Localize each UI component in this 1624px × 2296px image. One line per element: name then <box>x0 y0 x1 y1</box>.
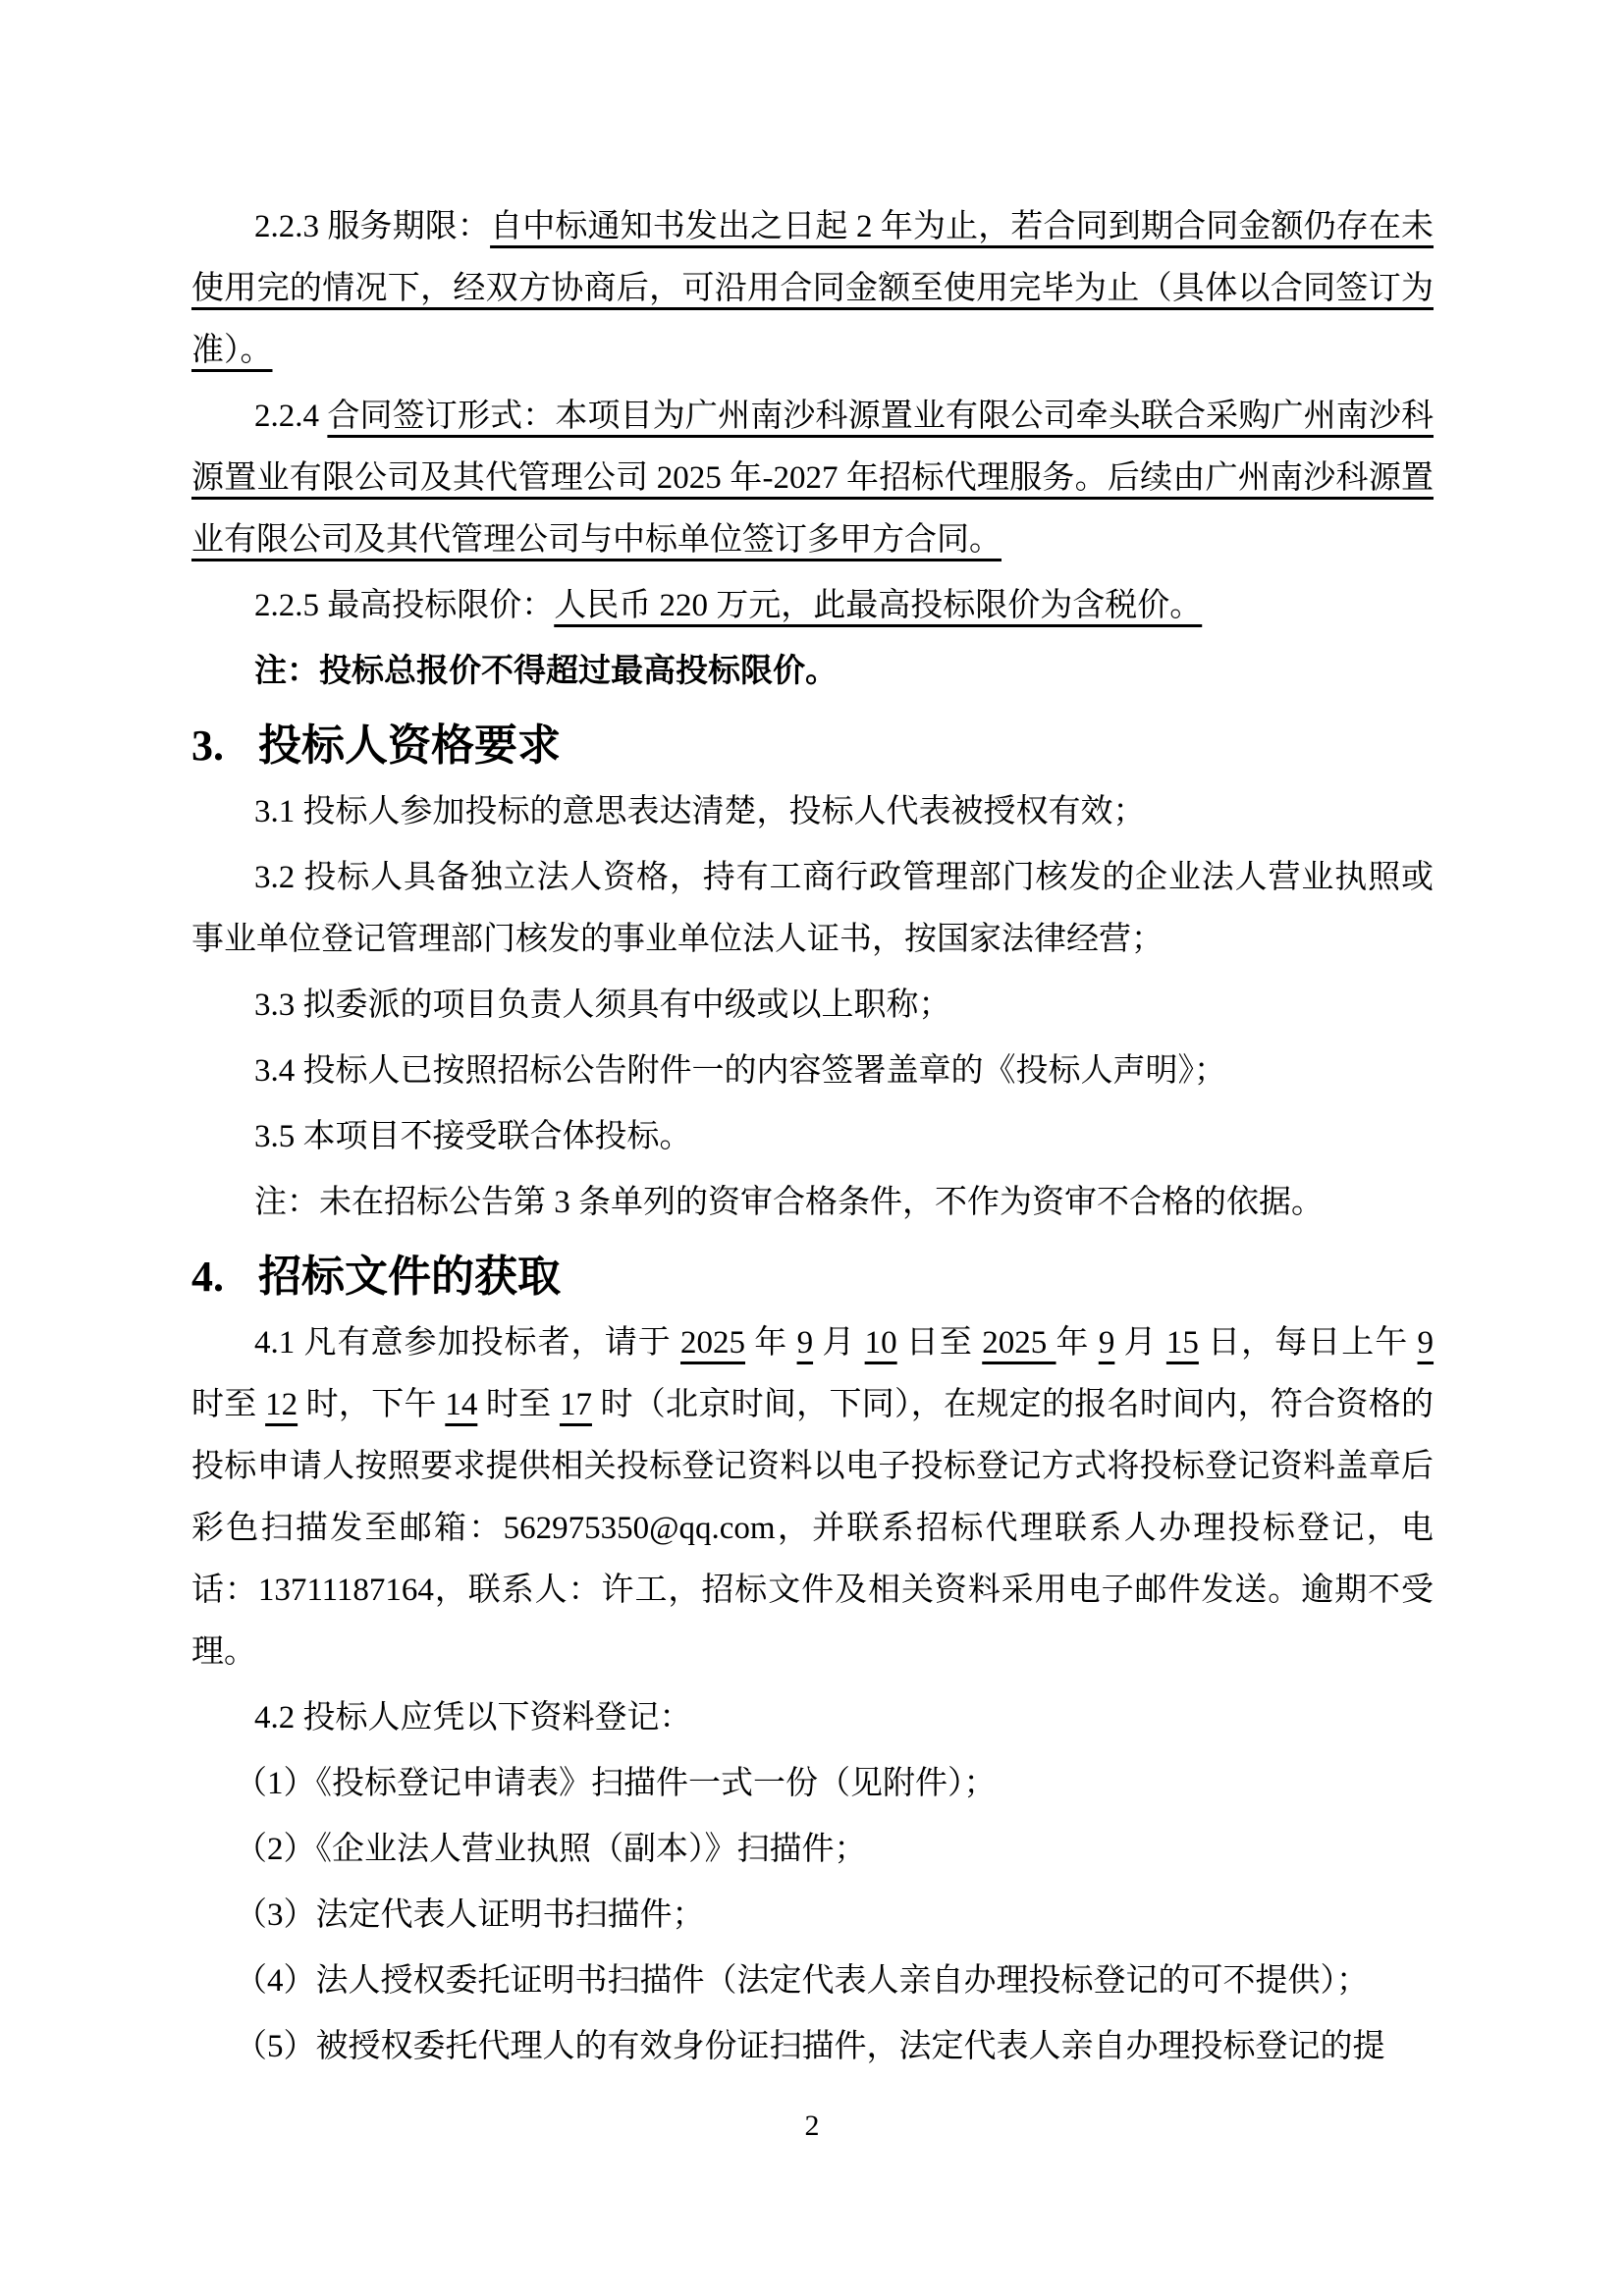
underlined-text: 14 <box>445 1387 477 1422</box>
text-run: （5）被授权委托代理人的有效身份证扫描件，法定代表人亲自办理投标登记的提 <box>235 2029 1385 2064</box>
underlined-text: 12 <box>265 1387 298 1422</box>
underlined-text: 9 <box>797 1325 814 1361</box>
page-number: 2 <box>0 2107 1624 2146</box>
text-run: 日至 <box>897 1325 983 1361</box>
clause-3-4: 3.4 投标人已按照招标公告附件一的内容签署盖章的《投标人声明》； <box>191 1041 1434 1102</box>
section-number: 4. <box>191 1248 258 1307</box>
underlined-text: 9 <box>1099 1325 1115 1361</box>
underlined-text: 9 <box>1418 1325 1435 1361</box>
clause-4-2: 4.2 投标人应凭以下资料登记： <box>191 1687 1434 1749</box>
document-page: 2.2.3 服务期限：自中标通知书发出之日起 2 年为止，若合同到期合同金额仍存… <box>0 0 1624 2296</box>
underlined-text: 人民币 220 万元，此最高投标限价为含税价。 <box>554 588 1202 623</box>
text-run: 年 <box>1056 1325 1099 1361</box>
underlined-text: 15 <box>1166 1325 1199 1361</box>
clause-3-1: 3.1 投标人参加投标的意思表达清楚，投标人代表被授权有效； <box>191 781 1434 843</box>
note-section-3: 注：未在招标公告第 3 条单列的资审合格条件，不作为资审不合格的依据。 <box>191 1172 1434 1234</box>
registration-item-5: （5）被授权委托代理人的有效身份证扫描件，法定代表人亲自办理投标登记的提 <box>191 2016 1434 2078</box>
text-run: 月 <box>1114 1325 1166 1361</box>
section-4-heading: 4.招标文件的获取 <box>191 1248 1434 1307</box>
text-run: 3.1 投标人参加投标的意思表达清楚，投标人代表被授权有效； <box>254 794 1146 829</box>
text-run: 2.2.4 <box>254 399 327 434</box>
text-run: 2.2.3 服务期限： <box>254 209 490 244</box>
note-max-bid-price: 注：投标总报价不得超过最高投标限价。 <box>191 641 1434 703</box>
section-number: 3. <box>191 717 258 775</box>
text-run: 时至 <box>477 1387 560 1422</box>
underlined-text: 合同签订形式：本项目为广州南沙科源置业有限公司牵头联合采购广州南沙科源置业有限公… <box>191 399 1434 558</box>
text-run: 2.2.5 最高投标限价： <box>254 588 554 623</box>
underlined-text: 2025 <box>982 1325 1056 1361</box>
text-run: 月 <box>813 1325 865 1361</box>
text-run: （4）法人授权委托证明书扫描件（法定代表人亲自办理投标登记的可不提供）； <box>235 1963 1369 1999</box>
clause-2-2-4-contract-form: 2.2.4 合同签订形式：本项目为广州南沙科源置业有限公司牵头联合采购广州南沙科… <box>191 386 1434 571</box>
document-body: 2.2.3 服务期限：自中标通知书发出之日起 2 年为止，若合同到期合同金额仍存… <box>191 196 1434 2082</box>
registration-item-1: （1）《投标登记申请表》扫描件一式一份（见附件）； <box>191 1753 1434 1815</box>
text-run: （1）《投标登记申请表》扫描件一式一份（见附件）； <box>235 1766 997 1801</box>
text-run: 时（北京时间，下同），在规定的报名时间内，符合资格的投标申请人按照要求提供相关投… <box>191 1387 1434 1670</box>
text-run: 日，每日上午 <box>1199 1325 1418 1361</box>
text-run: 3.3 拟委派的项目负责人须具有中级或以上职称； <box>254 988 951 1023</box>
underlined-text: 17 <box>560 1387 592 1422</box>
text-run: （3）法定代表人证明书扫描件； <box>235 1897 705 1933</box>
registration-item-2: （2）《企业法人营业执照（副本）》扫描件； <box>191 1819 1434 1881</box>
text-run: 年 <box>745 1325 797 1361</box>
text-run: 3.2 投标人具备独立法人资格，持有工商行政管理部门核发的企业法人营业执照或事业… <box>191 860 1434 957</box>
clause-3-5: 3.5 本项目不接受联合体投标。 <box>191 1106 1434 1168</box>
clause-3-3: 3.3 拟委派的项目负责人须具有中级或以上职称； <box>191 975 1434 1037</box>
text-run: 4.1 凡有意参加投标者，请于 <box>254 1325 680 1361</box>
section-title: 招标文件的获取 <box>258 1253 561 1301</box>
clause-3-2: 3.2 投标人具备独立法人资格，持有工商行政管理部门核发的企业法人营业执照或事业… <box>191 847 1434 971</box>
text-run: 时至 <box>191 1387 265 1422</box>
registration-item-3: （3）法定代表人证明书扫描件； <box>191 1885 1434 1947</box>
text-run: 4.2 投标人应凭以下资料登记： <box>254 1700 692 1735</box>
underlined-text: 2025 <box>680 1325 745 1361</box>
text-run: （2）《企业法人营业执照（副本）》扫描件； <box>235 1832 867 1867</box>
registration-item-4: （4）法人授权委托证明书扫描件（法定代表人亲自办理投标登记的可不提供）； <box>191 1950 1434 2012</box>
text-run: 注：未在招标公告第 3 条单列的资审合格条件，不作为资审不合格的依据。 <box>254 1185 1324 1220</box>
text-run: 3.5 本项目不接受联合体投标。 <box>254 1119 692 1154</box>
text-run: 时，下午 <box>298 1387 445 1422</box>
text-run: 注：投标总报价不得超过最高投标限价。 <box>254 654 838 689</box>
section-3-heading: 3.投标人资格要求 <box>191 717 1434 775</box>
section-title: 投标人资格要求 <box>258 721 561 770</box>
clause-4-1: 4.1 凡有意参加投标者，请于 2025 年 9 月 10 日至 2025 年 … <box>191 1312 1434 1683</box>
underlined-text: 10 <box>865 1325 897 1361</box>
clause-2-2-5-max-bid-price: 2.2.5 最高投标限价：人民币 220 万元，此最高投标限价为含税价。 <box>191 575 1434 637</box>
clause-2-2-3-service-period: 2.2.3 服务期限：自中标通知书发出之日起 2 年为止，若合同到期合同金额仍存… <box>191 196 1434 382</box>
text-run: 3.4 投标人已按照招标公告附件一的内容签署盖章的《投标人声明》； <box>254 1053 1226 1089</box>
